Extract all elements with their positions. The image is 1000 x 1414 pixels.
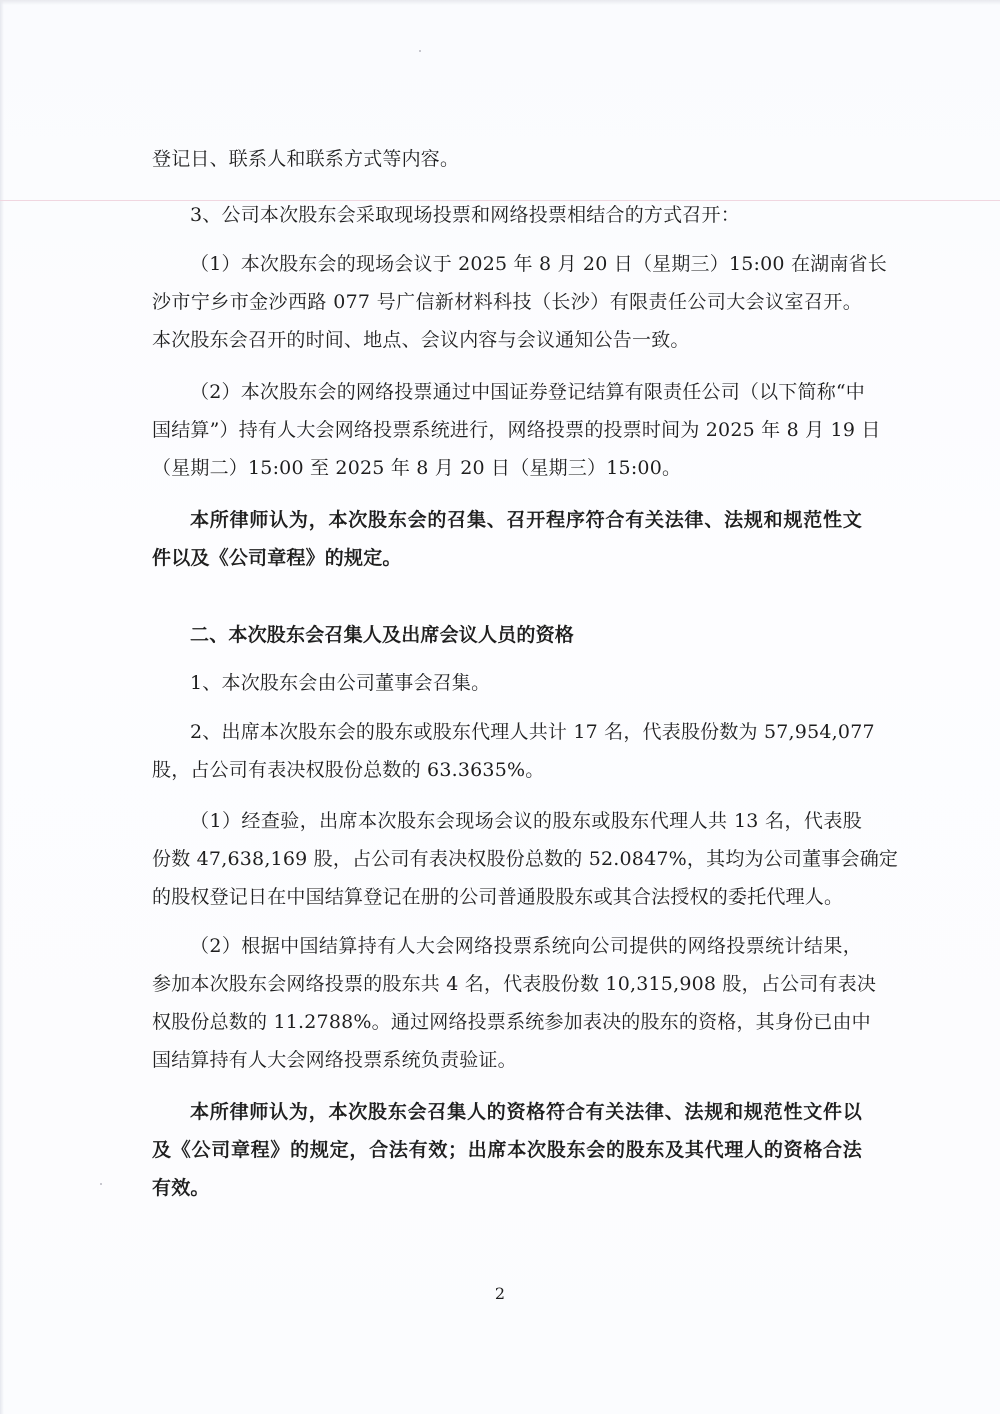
scan-edge xyxy=(0,0,1000,5)
subitem-1-line-1: （1）本次股东会的现场会议于 2025 年 8 月 20 日（星期三）15:00… xyxy=(190,252,862,276)
paragraph-continuation: 登记日、联系人和联系方式等内容。 xyxy=(152,147,862,171)
opinion-1-line-2: 件以及《公司章程》的规定。 xyxy=(152,546,862,570)
section-2-item-2-line-1: 2、出席本次股东会的股东或股东代理人共计 17 名，代表股份数为 57,954,… xyxy=(190,720,862,744)
scan-edge xyxy=(0,0,4,1414)
subitem-2-line-1: （2）本次股东会的网络投票通过中国证券登记结算有限责任公司（以下简称“中 xyxy=(190,380,862,404)
scan-speck xyxy=(100,1183,102,1185)
subitem-1-line-3: 本次股东会召开的时间、地点、会议内容与会议通知公告一致。 xyxy=(152,328,862,352)
section-2-heading: 二、本次股东会召集人及出席会议人员的资格 xyxy=(190,623,862,647)
opinion-2-line-3: 有效。 xyxy=(152,1176,862,1200)
online-attendees-line-3: 权股份总数的 11.2788%。通过网络投票系统参加表决的股东的资格，其身份已由… xyxy=(152,1010,862,1034)
online-attendees-line-1: （2）根据中国结算持有人大会网络投票系统向公司提供的网络投票统计结果， xyxy=(190,934,862,958)
online-attendees-line-4: 国结算持有人大会网络投票系统负责验证。 xyxy=(152,1048,862,1072)
onsite-attendees-line-1: （1）经查验，出席本次股东会现场会议的股东或股东代理人共 13 名，代表股 xyxy=(190,809,862,833)
subitem-1-line-2: 沙市宁乡市金沙西路 077 号广信新材料科技（长沙）有限责任公司大会议室召开。 xyxy=(152,290,862,314)
onsite-attendees-line-2: 份数 47,638,169 股，占公司有表决权股份总数的 52.0847%，其均… xyxy=(152,847,862,871)
scan-artifact-line xyxy=(0,200,1000,201)
opinion-2-line-2: 及《公司章程》的规定，合法有效；出席本次股东会的股东及其代理人的资格合法 xyxy=(152,1138,862,1162)
page-number: 2 xyxy=(480,1284,520,1304)
opinion-1-line-1: 本所律师认为，本次股东会的召集、召开程序符合有关法律、法规和规范性文 xyxy=(190,508,862,532)
subitem-2-line-2: 国结算”）持有人大会网络投票系统进行，网络投票的投票时间为 2025 年 8 月… xyxy=(152,418,862,442)
opinion-2-line-1: 本所律师认为，本次股东会召集人的资格符合有关法律、法规和规范性文件以 xyxy=(190,1100,862,1124)
onsite-attendees-line-3: 的股权登记日在中国结算登记在册的公司普通股股东或其合法授权的委托代理人。 xyxy=(152,885,862,909)
item-3-text: 3、公司本次股东会采取现场投票和网络投票相结合的方式召开： xyxy=(190,203,862,227)
online-attendees-line-2: 参加本次股东会网络投票的股东共 4 名，代表股份数 10,315,908 股，占… xyxy=(152,972,862,996)
document-page: 登记日、联系人和联系方式等内容。 3、公司本次股东会采取现场投票和网络投票相结合… xyxy=(0,0,1000,1414)
section-2-item-1: 1、本次股东会由公司董事会召集。 xyxy=(190,671,862,695)
scan-speck xyxy=(419,50,421,52)
subitem-2-line-3: （星期二）15:00 至 2025 年 8 月 20 日（星期三）15:00。 xyxy=(152,456,862,480)
section-2-item-2-line-2: 股，占公司有表决权股份总数的 63.3635%。 xyxy=(152,758,862,782)
